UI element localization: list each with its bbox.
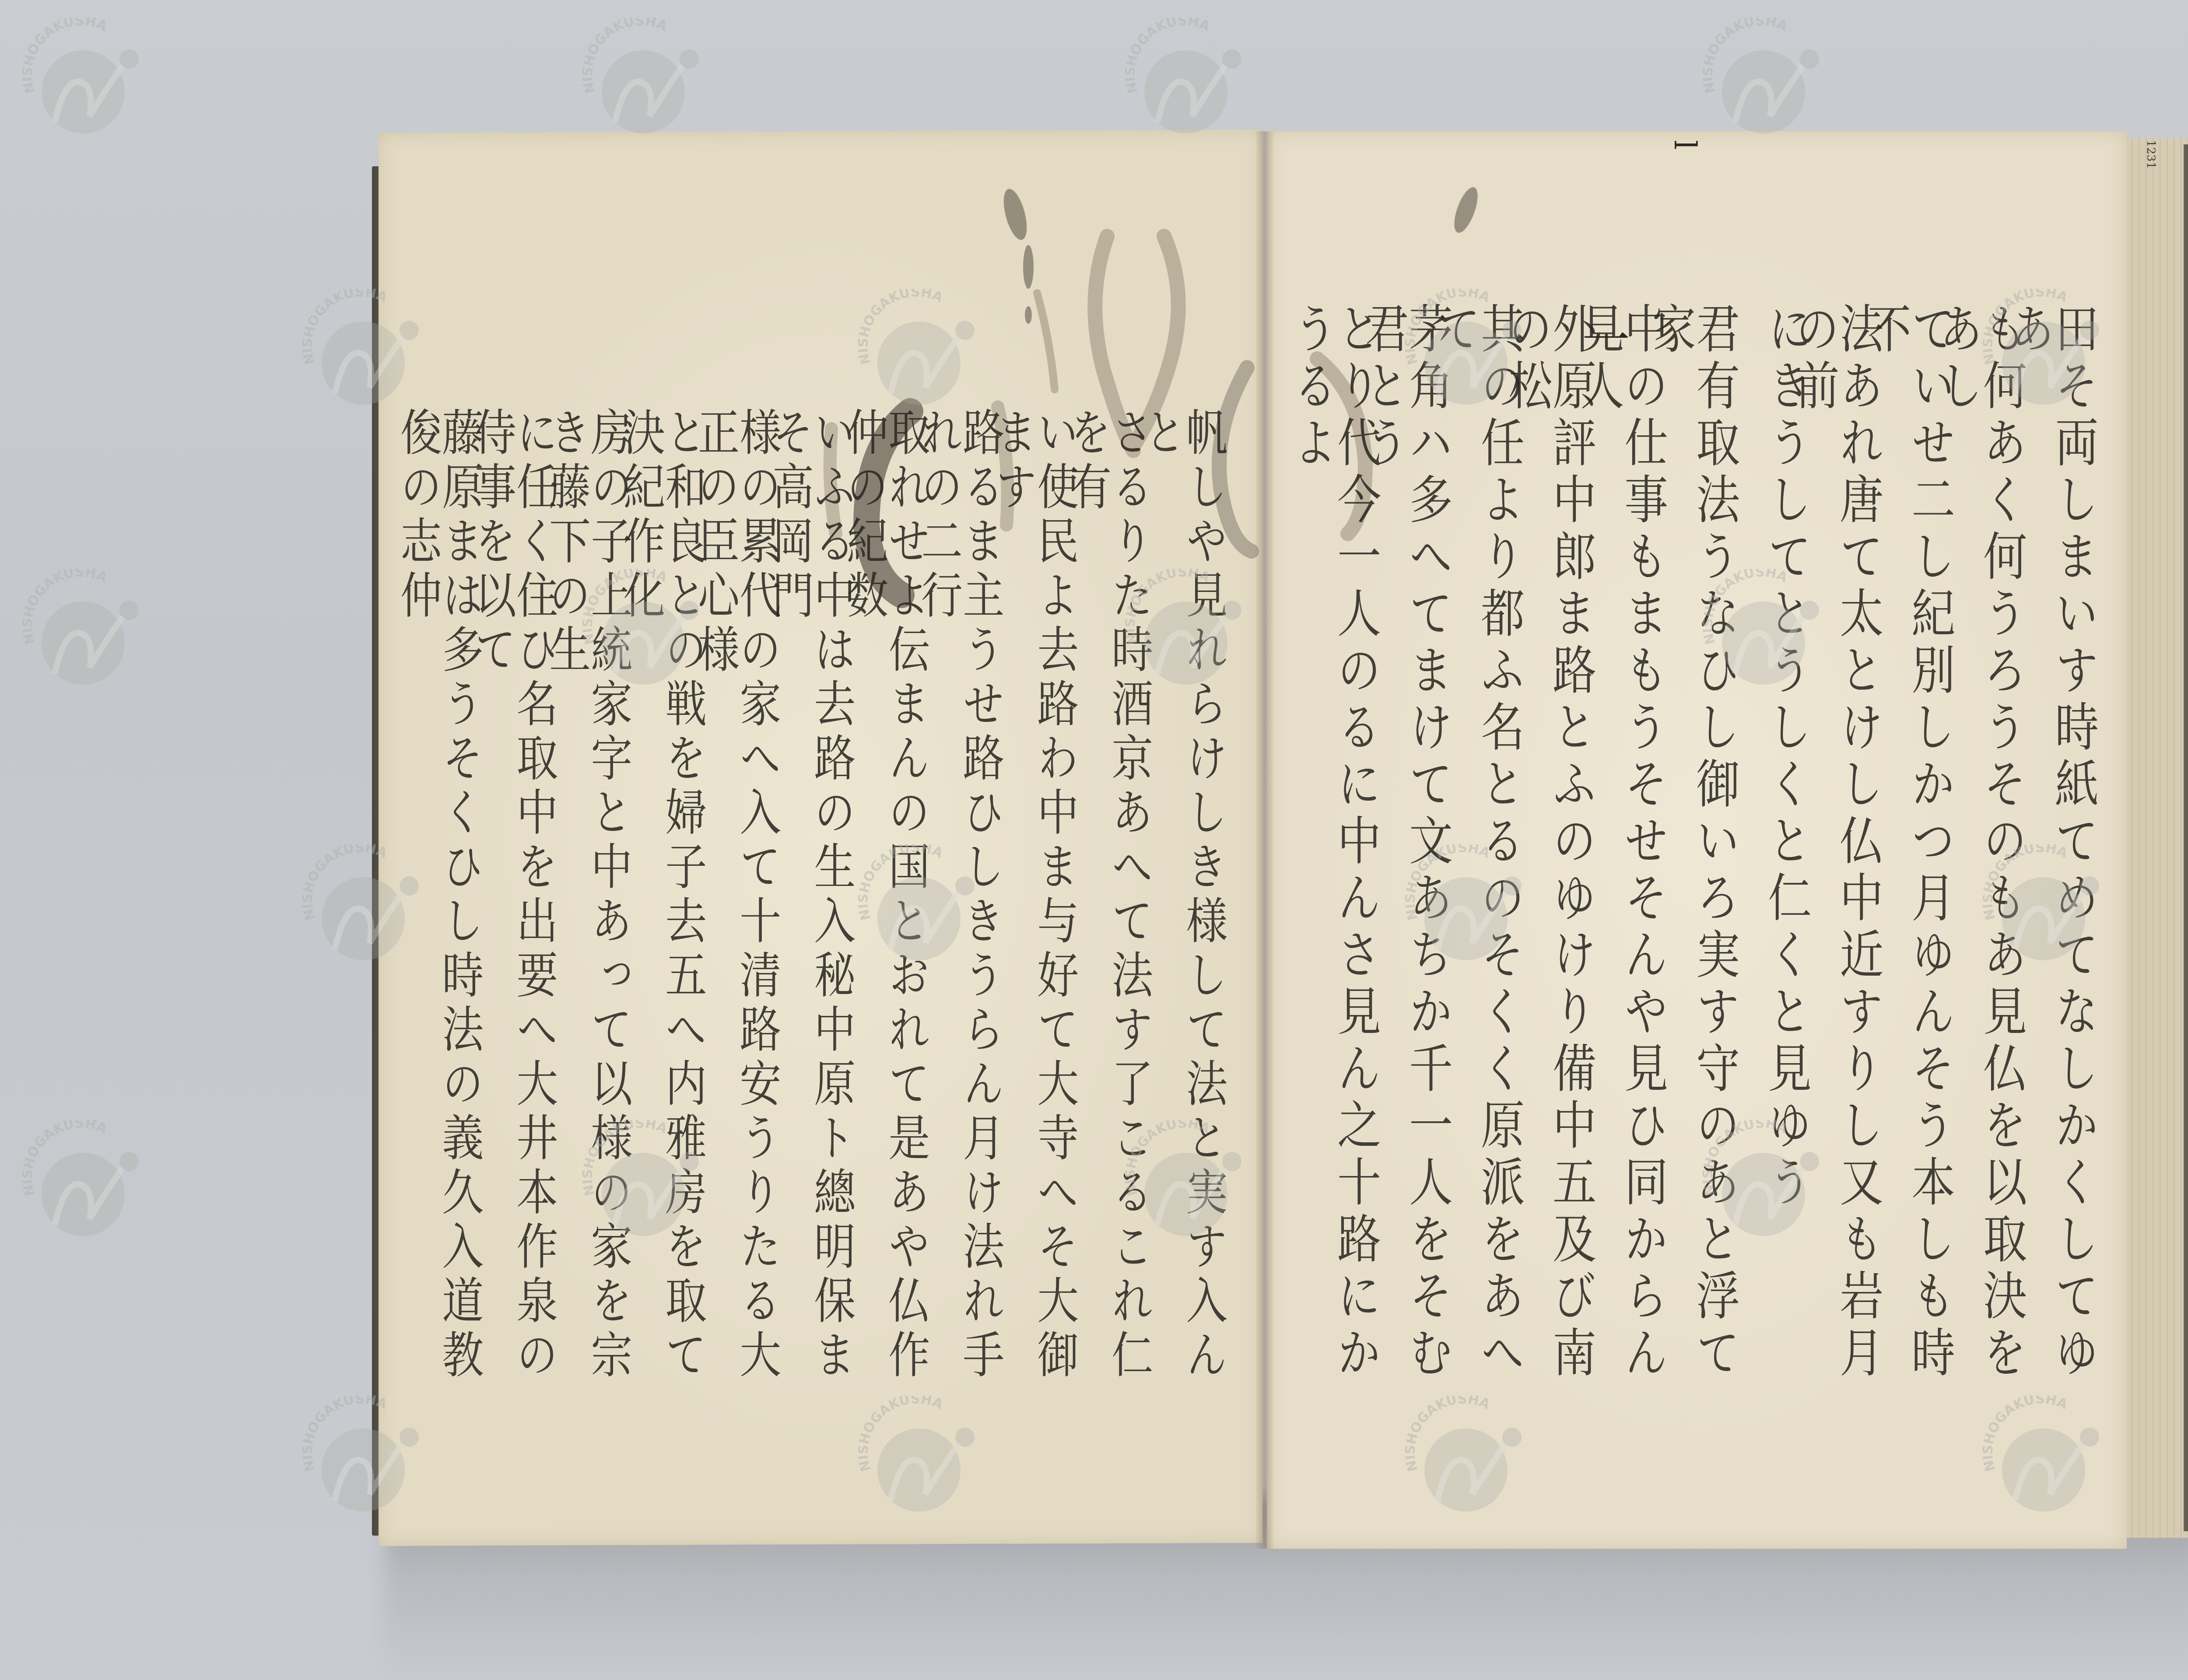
text-column: 取れせよ伝まんの国とおれて是あや仏作仲の紀数 (863, 407, 927, 1413)
photo-scene: 1231 l 一 田そ両しまいす時紙てめてなしかくしてゆあ も何あく何うろうその (0, 0, 2188, 1680)
text-column: 田そ両しまいす時紙てめてなしかくしてゆあ (2034, 302, 2095, 1417)
text-column: さるりた時酒京あへて法す了こるこれ仁を有 (1087, 407, 1150, 1413)
text-column: にきうしてとうしくと仁くと見ゆう (1747, 302, 1808, 1417)
fore-edge-pages (2127, 138, 2188, 1538)
right-page-text: 田そ両しまいす時紙てめてなしかくしてゆあ も何あく何うろうそのもあ見仏を以取決を… (1308, 302, 2100, 1417)
left-page-text: 帆しや見れらけしき様して法と実す入んと さるりた時酒京あへて法す了こるこれ仁を有… (411, 407, 1230, 1413)
text-column: 其の任より都ふ名とるのそくく原派をあへて (1460, 302, 1521, 1417)
text-column: ていせ二し紀別しかつ月ゆんそう本しも時不 (1890, 302, 1951, 1417)
text-column: 路るま主うせ路ひしきうらん月け法れ手れの二行 (938, 407, 1001, 1413)
text-column: に任く住ひ名取中を出要へ大井本作泉の侍事を以て (491, 407, 555, 1413)
text-column: 茅角ハ多へてまけて文あちか千一人をそむ君とう (1388, 302, 1449, 1417)
text-column: 藤原まは多うそくひし時法の義久入道教俊の志仲 (417, 407, 480, 1413)
text-column: 君有取法うなひし御いろ実す守のあと浮て家 (1675, 302, 1736, 1417)
text-column: 中の仕事もまもうそせそんや見ひ同からん見人 (1603, 302, 1664, 1417)
text-column: 法あれ唐て太とけし仏中近すりし又も岩月の前 (1819, 302, 1879, 1417)
text-column: 外原評中郎ま路とふのゆけり備中五及び南の松 (1532, 302, 1592, 1417)
text-column: とり代今一人のるに中んさ見ん之十路にかうるよ (1316, 302, 1377, 1417)
text-column: 帆しや見れらけしき様して法と実す入んと (1161, 407, 1224, 1413)
book-gutter (1256, 131, 1273, 1549)
fore-edge-label: 1231 (2144, 140, 2157, 169)
page-number-mark: l (1667, 140, 1703, 150)
text-column: 房の子上統家字と中あって以様の家を宗き藤下の生 (566, 407, 629, 1413)
text-column: 様の累代の家へ入て十清路安うりたる大正の臣心様 (715, 407, 778, 1413)
text-column: も何あく何うろうそのもあ見仏を以取決をあし (1962, 302, 2023, 1417)
text-column: いふる中は去路の生入秘中原ト總明保まそ高岡門 (789, 407, 852, 1413)
text-column: と和良との戦を婦子去五へ内雅房を取て決紀作化 (640, 407, 704, 1413)
text-column: い使民よ去路わ中ま与好て大寺へそ大御ます (1012, 407, 1076, 1413)
right-cover-edge (2184, 144, 2188, 1531)
